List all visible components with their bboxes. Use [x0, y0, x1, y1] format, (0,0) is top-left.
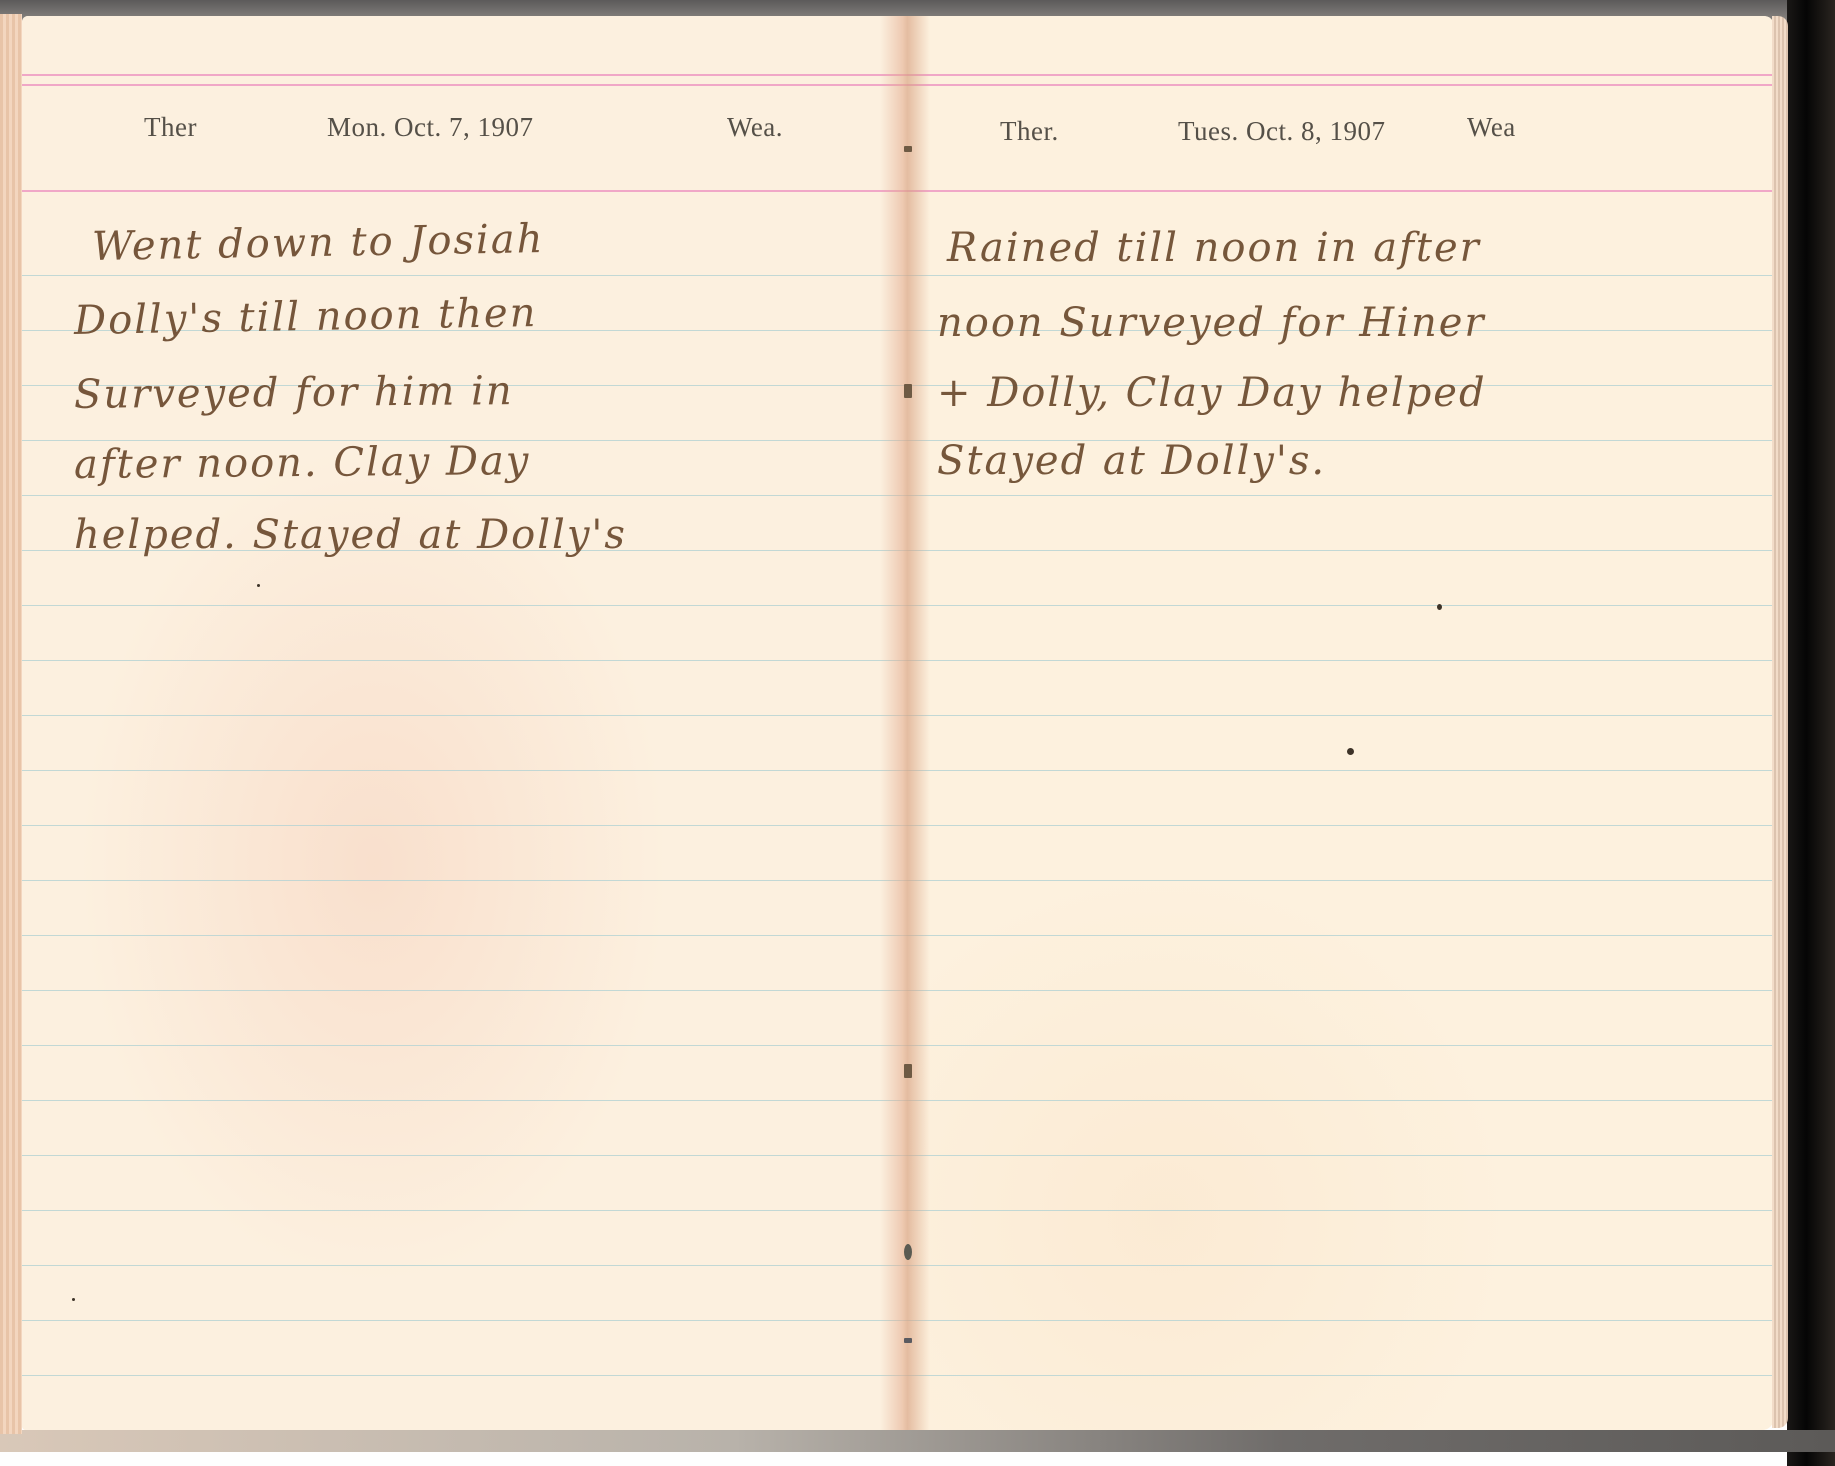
- ruled-line: [22, 1045, 902, 1046]
- entry-line: after noon. Clay Day: [74, 434, 531, 493]
- entry-line: Stayed at Dolly's.: [937, 434, 1326, 489]
- spine-stitch: [904, 1338, 912, 1343]
- entry-line: Rained till noon in after: [947, 221, 1481, 276]
- ruled-line: [902, 770, 1774, 771]
- ruled-line: [22, 880, 902, 881]
- ruled-line: [22, 1100, 902, 1101]
- ruled-line: [22, 715, 902, 716]
- ruled-line: [22, 825, 902, 826]
- header-rule-top-2: [22, 84, 902, 86]
- ruled-line: [902, 1045, 1774, 1046]
- ruled-line: [902, 1375, 1774, 1376]
- ruled-line: [902, 880, 1774, 881]
- ruled-line: [22, 605, 902, 606]
- weather-label: Wea.: [727, 112, 783, 143]
- ruled-line: [22, 1210, 902, 1211]
- paper-speck: [1437, 604, 1442, 610]
- ruled-line: [902, 660, 1774, 661]
- ruled-line: [22, 1375, 902, 1376]
- ruled-line: [902, 1265, 1774, 1266]
- book-cover-bottom-edge: [0, 1430, 1835, 1452]
- entry-line: + Dolly, Clay Day helped: [937, 366, 1487, 421]
- ruled-line: [902, 825, 1774, 826]
- entry-line: Dolly's till noon then: [74, 286, 538, 349]
- ruled-line: [902, 1210, 1774, 1211]
- ruled-line: [22, 275, 902, 276]
- ruled-line: [22, 990, 902, 991]
- right-page: Ther. Tues. Oct. 8, 1907 Wea Rained till…: [902, 16, 1774, 1430]
- book-cover-right-edge: [1787, 0, 1835, 1466]
- ruled-line: [22, 495, 902, 496]
- ruled-line: [22, 660, 902, 661]
- ruled-line: [902, 495, 1774, 496]
- weather-label: Wea: [1467, 112, 1516, 143]
- entry-line: helped. Stayed at Dolly's: [74, 508, 627, 563]
- ruled-line: [902, 935, 1774, 936]
- thermometer-label: Ther.: [1000, 116, 1059, 147]
- ruled-line: [22, 1155, 902, 1156]
- page-stack-left: [0, 14, 22, 1434]
- left-page: Ther Mon. Oct. 7, 1907 Wea. Went down to…: [22, 16, 902, 1430]
- ruled-line: [902, 1320, 1774, 1321]
- ruled-line: [902, 1155, 1774, 1156]
- spine-stitch: [904, 146, 912, 152]
- page-date: Mon. Oct. 7, 1907: [327, 112, 534, 143]
- entry-line: Went down to Josiah: [92, 212, 545, 275]
- spine-stitch: [904, 384, 912, 398]
- page-stack-right: [1772, 16, 1788, 1428]
- entry-line: noon Surveyed for Hiner: [937, 296, 1486, 351]
- ruled-line: [902, 1100, 1774, 1101]
- ruled-line: [902, 605, 1774, 606]
- ruled-line: [902, 550, 1774, 551]
- spine-stitch: [904, 1064, 912, 1078]
- header-rule-top-2: [902, 84, 1774, 86]
- header-rule-top: [22, 74, 902, 76]
- ruled-line: [22, 770, 902, 771]
- book-spine: [880, 16, 930, 1430]
- spine-stitch: [904, 1244, 912, 1260]
- thermometer-label: Ther: [144, 112, 197, 143]
- entry-line: Surveyed for him in: [74, 364, 514, 423]
- header-rule-top: [902, 74, 1774, 76]
- ruled-line: [902, 990, 1774, 991]
- diary-spread: Ther Mon. Oct. 7, 1907 Wea. Went down to…: [22, 16, 1774, 1430]
- ruled-line: [902, 715, 1774, 716]
- ruled-line: [22, 935, 902, 936]
- ruled-line: [22, 1265, 902, 1266]
- ruled-line: [22, 1320, 902, 1321]
- paper-speck: [1347, 748, 1354, 755]
- page-date: Tues. Oct. 8, 1907: [1178, 116, 1386, 147]
- paper-speck: [72, 1298, 75, 1301]
- header-rule-bottom: [902, 190, 1774, 192]
- paper-speck: [257, 584, 260, 587]
- header-rule-bottom: [22, 190, 902, 192]
